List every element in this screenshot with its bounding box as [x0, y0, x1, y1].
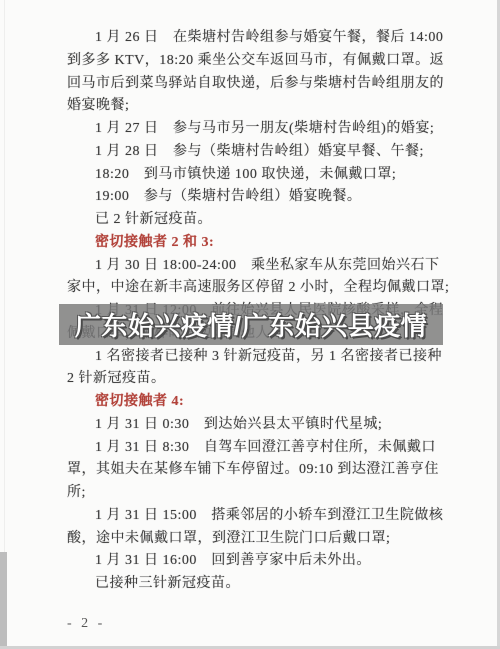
- page-number: - 2 -: [67, 616, 105, 632]
- text-line: 1 名密接者已接种 3 针新冠疫苗，另 1 名密接者已接种: [67, 346, 437, 369]
- contact-heading: 密切接触者 4:: [67, 391, 437, 414]
- watermark-banner: 广东始兴疫情/广东始兴县疫情: [59, 304, 443, 345]
- text-line: 所;: [67, 482, 437, 505]
- photo-edge-left: [0, 552, 7, 649]
- text-line: 婚宴晚餐;: [67, 95, 437, 118]
- text-line: 1 月 30 日 18:00-24:00 乘坐私家车从东莞回始兴石下: [67, 255, 437, 278]
- text-line: 家中，中途在新丰高速服务区停留 2 小时，全程均佩戴口罩;: [67, 277, 437, 300]
- screenshot-viewport: 1 月 26 日 在柴塘村告岭组参与婚宴午餐，餐后 14:00到多多 KTV，1…: [0, 0, 500, 649]
- text-line: 1 月 31 日 16:00 回到善亨家中后未外出。: [67, 550, 437, 573]
- contact-heading: 密切接触者 2 和 3:: [67, 232, 437, 255]
- text-line: 回马市后到菜鸟驿站自取快递，后参与柴塘村告岭组朋友的: [67, 73, 437, 96]
- text-line: 1 月 31 日 15:00 搭乘邻居的小轿车到澄江卫生院做核: [67, 505, 437, 528]
- text-line: 1 月 26 日 在柴塘村告岭组参与婚宴午餐，餐后 14:00: [67, 27, 437, 50]
- text-line: 1 月 31 日 8:30 自驾车回澄江善亨村住所，未佩戴口: [67, 437, 437, 460]
- text-line: 18:20 到马市镇快递 100 取快递，未佩戴口罩;: [67, 164, 437, 187]
- text-line: 罩，其姐夫在某修车铺下车停留过。09:10 到达澄江善亨住: [67, 459, 437, 482]
- text-line: 1 月 28 日 参与（柴塘村告岭组）婚宴早餐、午餐;: [67, 141, 437, 164]
- text-line: 酸，途中未佩戴口罩，到澄江卫生院门口后戴口罩;: [67, 528, 437, 551]
- text-line: 1 月 27 日 参与马市另一朋友(柴塘村告岭组)的婚宴;: [67, 118, 437, 141]
- text-line: 19:00 参与（柴塘村告岭组）婚宴晚餐。: [67, 186, 437, 209]
- text-line: 1 月 31 日 0:30 到达始兴县太平镇时代星城;: [67, 414, 437, 437]
- text-line: 到多多 KTV，18:20 乘坐公交车返回马市，有佩戴口罩。返: [67, 50, 437, 73]
- text-line: 已 2 针新冠疫苗。: [67, 209, 437, 232]
- text-line: 2 针新冠疫苗。: [67, 368, 437, 391]
- text-line: 已接种三针新冠疫苗。: [67, 573, 437, 596]
- watermark-title: 广东始兴疫情/广东始兴县疫情: [75, 306, 427, 343]
